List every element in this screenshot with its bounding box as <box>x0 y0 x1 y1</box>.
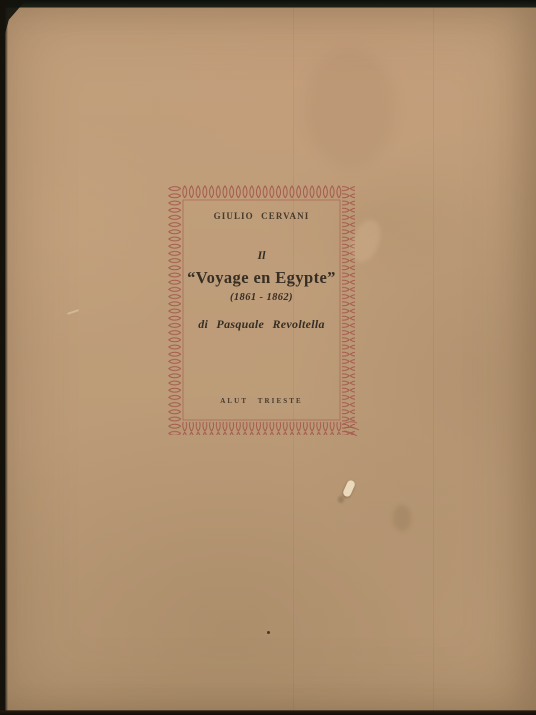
cover-seam-line <box>433 7 434 711</box>
ornamental-border-frame: GIULIO CERVANI Il “Voyage en Egypte” (18… <box>168 185 355 435</box>
author-name: GIULIO CERVANI <box>168 211 355 221</box>
photo-edge-bottom <box>0 710 536 715</box>
publication-years: (1861 - 1862) <box>168 292 355 303</box>
publisher-imprint: ALUT TRIESTE <box>168 397 355 405</box>
scratch-mark <box>67 309 79 315</box>
book-title: “Voyage en Egypte” <box>168 268 355 288</box>
dark-speck <box>267 631 270 634</box>
paper-chip-mark <box>342 479 356 498</box>
subtitle: di Pasquale Revoltella <box>168 317 355 332</box>
photo-edge-top <box>0 0 536 8</box>
book-cover-photo: GIULIO CERVANI Il “Voyage en Egypte” (18… <box>0 0 536 715</box>
book-cover: GIULIO CERVANI Il “Voyage en Egypte” (18… <box>5 7 536 711</box>
photo-edge-left <box>0 0 8 715</box>
paper-chip-shadow <box>338 496 344 503</box>
stain-mark <box>305 47 395 167</box>
title-block: GIULIO CERVANI Il “Voyage en Egypte” (18… <box>168 185 355 435</box>
title-article: Il <box>168 248 355 263</box>
smudge-mark <box>393 505 411 531</box>
